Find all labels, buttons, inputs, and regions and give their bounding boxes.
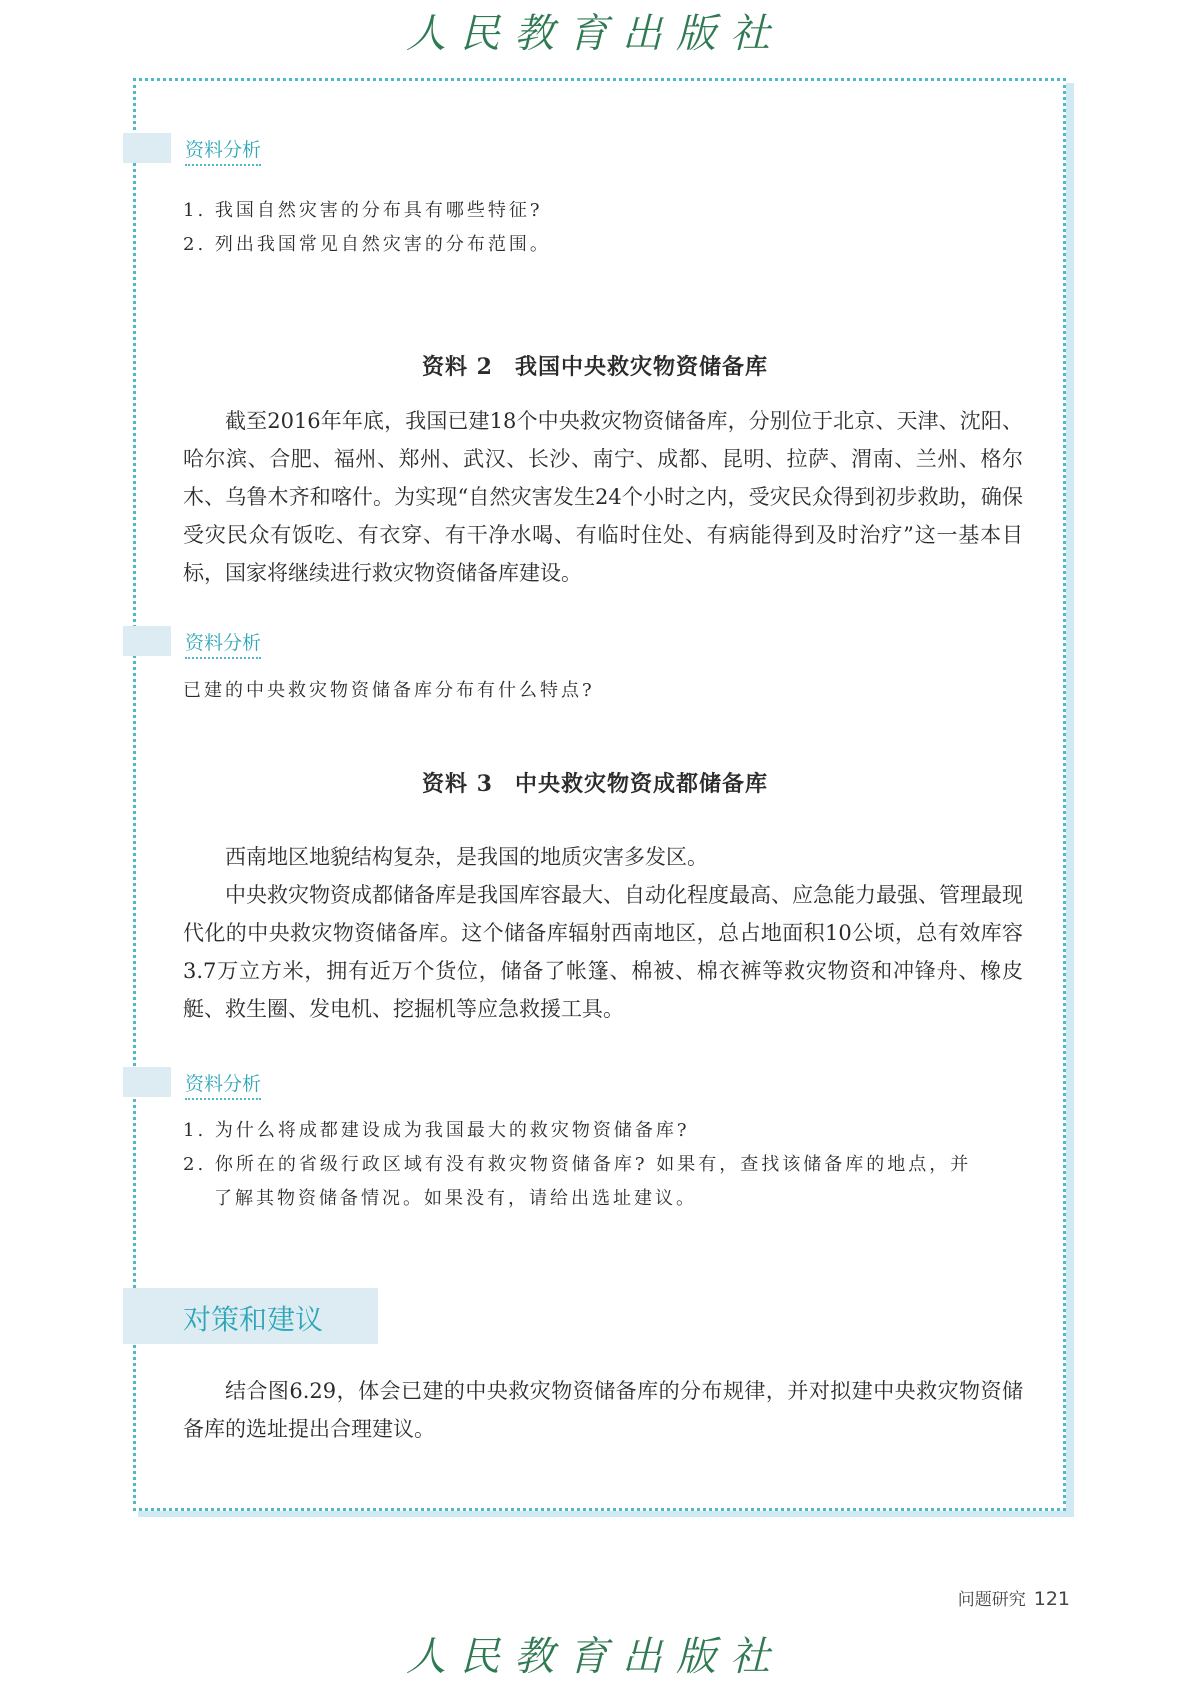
section-name: 问题研究 [958, 1590, 1026, 1610]
question-2-1: 已建的中央救灾物资储备库分布有什么特点? [183, 676, 595, 702]
material-2-body: 截至2016年年底，我国已建18个中央救灾物资储备库，分别位于北京、天津、沈阳、… [183, 402, 1023, 592]
analysis-label: 资料分析 [185, 1069, 261, 1100]
question-3-1: 1. 为什么将成都建设成为我国最大的救灾物资储备库? [183, 1116, 690, 1142]
page-footer: 问题研究121 [958, 1585, 1070, 1610]
material-3-body: 西南地区地貌结构复杂，是我国的地质灾害多发区。 中央救灾物资成都储备库是我国库容… [183, 838, 1023, 1028]
paragraph: 中央救灾物资成都储备库是我国库容最大、自动化程度最高、应急能力最强、管理最现代化… [183, 876, 1023, 1028]
heading-tab [123, 626, 171, 656]
question-3-2: 2. 你所在的省级行政区域有没有救灾物资储备库? 如果有，查找该储备库的地点，并 [183, 1150, 971, 1176]
analysis-label: 资料分析 [185, 135, 261, 166]
question-3-2-cont: 了解其物资储备情况。如果没有，请给出选址建议。 [214, 1184, 697, 1210]
heading-tab [123, 133, 171, 163]
heading-tab [123, 1067, 171, 1097]
strategy-body: 结合图6.29，体会已建的中央救灾物资储备库的分布规律，并对拟建中央救灾物资储备… [183, 1372, 1023, 1448]
publisher-logo-bottom: 人民教育出版社 [0, 1625, 1190, 1682]
paragraph: 截至2016年年底，我国已建18个中央救灾物资储备库，分别位于北京、天津、沈阳、… [183, 402, 1023, 592]
page-number: 121 [1034, 1588, 1070, 1610]
paragraph: 西南地区地貌结构复杂，是我国的地质灾害多发区。 [183, 838, 1023, 876]
analysis-label: 资料分析 [185, 628, 261, 659]
publisher-logo-top: 人民教育出版社 [0, 2, 1190, 59]
material-2-title: 资料 2我国中央救灾物资储备库 [0, 350, 1190, 381]
question-1-2: 2. 列出我国常见自然灾害的分布范围。 [183, 230, 551, 256]
paragraph: 结合图6.29，体会已建的中央救灾物资储备库的分布规律，并对拟建中央救灾物资储备… [183, 1372, 1023, 1448]
strategy-heading: 对策和建议 [123, 1288, 378, 1344]
strategy-label: 对策和建议 [183, 1298, 323, 1338]
question-1-1: 1. 我国自然灾害的分布具有哪些特征? [183, 196, 543, 222]
material-3-title: 资料 3中央救灾物资成都储备库 [0, 767, 1190, 798]
